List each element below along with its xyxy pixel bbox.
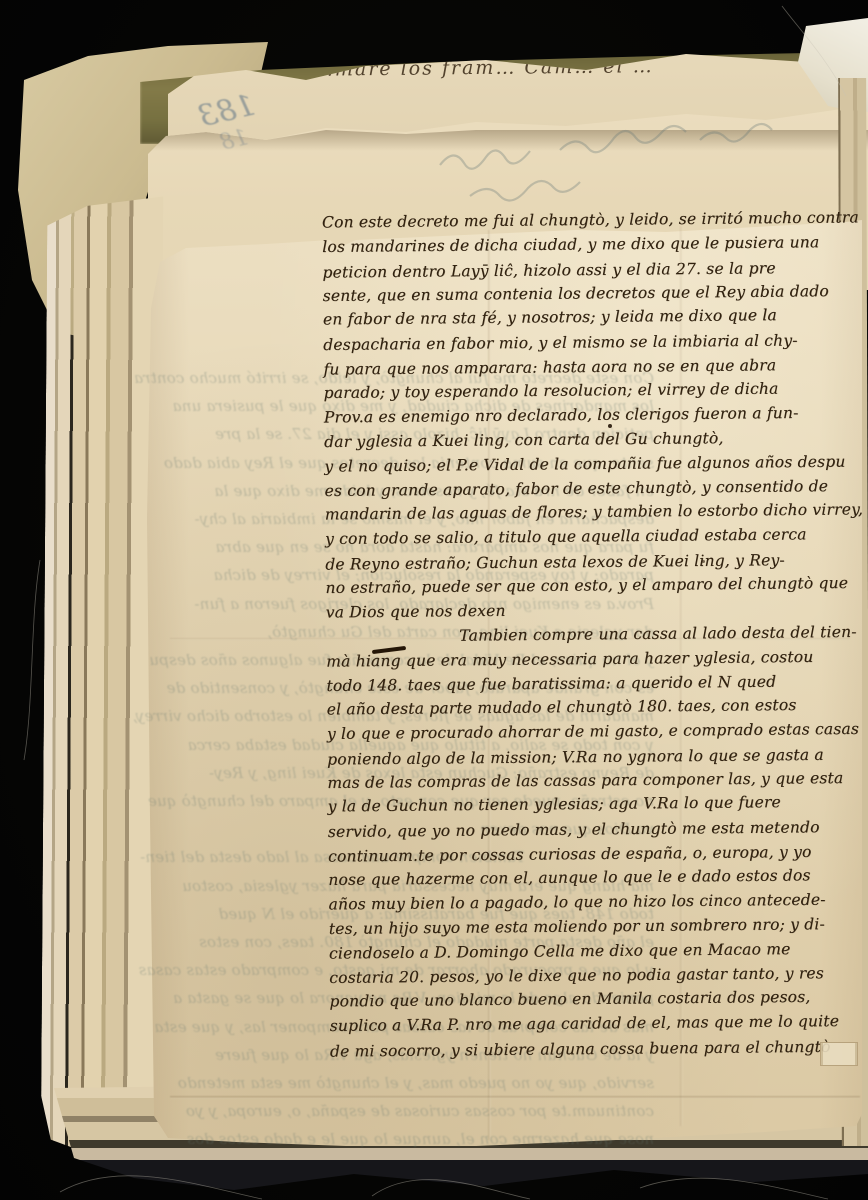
manuscript-line: de Reyno estraño; Guchun esta lexos de K… bbox=[325, 547, 863, 577]
manuscript-line: el año desta parte mudado el chungtò 180… bbox=[327, 692, 865, 722]
manuscript-line: pondio que uno blanco bueno en Manila co… bbox=[329, 984, 867, 1014]
manuscript-line: peticion dentro Layȳ liĉ, hizolo assi y … bbox=[322, 255, 860, 285]
manuscript-line: y el no quiso; el P.e Vidal de la compañ… bbox=[324, 450, 862, 480]
manuscript-line: mandarin de las aguas de flores; y tambi… bbox=[325, 497, 863, 527]
manuscript-line: y la de Guchun no tienen yglesias; aga V… bbox=[327, 790, 865, 820]
manuscript-line: de mi socorro, y si ubiere alguna cossa … bbox=[330, 1034, 868, 1064]
manuscript-line: en fabor de nra sta fé, y nosotros; y le… bbox=[323, 303, 861, 333]
manuscript-line: mà hiang que era muy necessaria para haz… bbox=[326, 645, 864, 675]
manuscript-line: ciendoselo a D. Domingo Cella me dixo qu… bbox=[329, 937, 867, 967]
manuscript-line: continuam.te por cossas curiosas de espa… bbox=[328, 839, 866, 869]
manuscript-line: Prov.a es enemigo nro declarado, los cle… bbox=[324, 400, 862, 430]
manuscript-line: va Dios que nos dexen bbox=[326, 595, 864, 625]
manuscript-photo: …mare los fram… Cam… el … 183 18 Con est… bbox=[0, 0, 868, 1200]
letter-body-text: Con este decreto me fui al chungtò, y le… bbox=[322, 206, 868, 1071]
manuscript-line: poniendo algo de la mission; V.Ra no ygn… bbox=[327, 742, 865, 772]
ink-speck bbox=[702, 560, 705, 563]
ink-speck bbox=[608, 424, 612, 428]
paper-repair-tab bbox=[820, 1042, 858, 1066]
manuscript-line: años muy bien lo a pagado, lo que no hiz… bbox=[328, 887, 866, 917]
manuscript-line: Con este decreto me fui al chungtò, y le… bbox=[322, 205, 860, 235]
manuscript-line: fu para que nos amparara: hasta aora no … bbox=[323, 353, 861, 383]
